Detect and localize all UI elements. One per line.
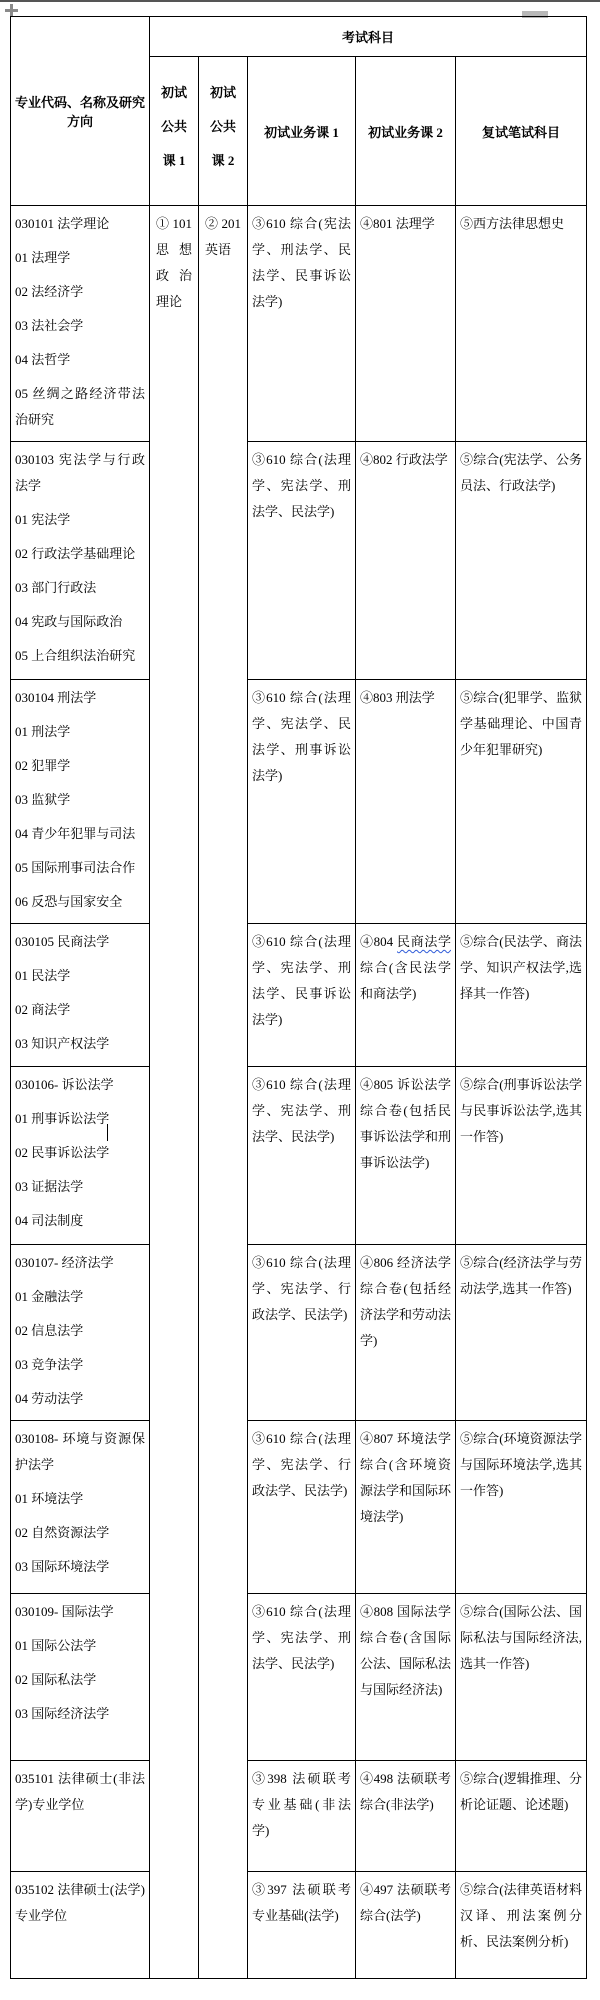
text-line: 02 法经济学 [15, 279, 145, 305]
text-line: 035102 法律硕士(法学)专业学位 [15, 1877, 145, 1929]
business-course-1-cell[interactable]: ③610 综合(法理学、宪法学、民法学、刑事诉讼法学) [248, 680, 356, 924]
cell-text: ⑤综合(逻辑推理、分析论证题、论述题) [460, 1766, 582, 1818]
business-course-2-cell[interactable]: ④808 国际法学综合卷(含国际公法、国际私法与国际经济法) [356, 1594, 456, 1761]
cell-text: ③398 法硕联考专业基础(非法学) [252, 1766, 351, 1844]
cell-text: ③610 综合(法理学、宪法学、刑法学、民事诉讼法学) [252, 929, 351, 1033]
cell-text: ⑤综合(经济法学与劳动法学,选其一作答) [460, 1250, 582, 1302]
retest-subjects-cell[interactable]: ⑤综合(经济法学与劳动法学,选其一作答) [456, 1245, 587, 1421]
business-course-2-cell[interactable]: ④803 刑法学 [356, 680, 456, 924]
text-line: 01 金融法学 [15, 1284, 145, 1310]
cell-text: ③610 综合(法理学、宪法学、刑法学、民法学) [252, 1599, 351, 1677]
text-line: 课 1 [152, 148, 196, 174]
business-course-1-cell[interactable]: ③610 综合(法理学、宪法学、刑法学、民法学) [248, 442, 356, 680]
cell-text: ④803 刑法学 [360, 685, 451, 711]
text-line: 03 国际经济法学 [15, 1701, 145, 1727]
header-retest-subjects: 复试笔试科目 [456, 57, 587, 206]
text-line: 公共 [201, 114, 245, 140]
text-line: 04 青少年犯罪与司法 [15, 821, 145, 847]
cell-text: ④805 诉讼法学综合卷(包括民事诉讼法学和刑事诉讼法学) [360, 1072, 451, 1176]
cell-text: ③610 综合(法理学、宪法学、行政法学、民法学) [252, 1426, 351, 1504]
row-030106: 030106- 诉讼法学01 刑事诉讼法学02 民事诉讼法学03 证据法学04 … [11, 1067, 587, 1245]
text-line: 01 宪法学 [15, 507, 145, 533]
cell-text: ③397 法硕联考专业基础(法学) [252, 1877, 351, 1929]
text-line: 05 上合组织法治研究 [15, 643, 145, 669]
header-exam-subjects: 考试科目 [150, 17, 587, 57]
major-directions-cell[interactable]: 035102 法律硕士(法学)专业学位 [11, 1872, 150, 1979]
retest-subjects-cell[interactable]: ⑤西方法律思想史 [456, 206, 587, 442]
cell-text: ④808 国际法学综合卷(含国际公法、国际私法与国际经济法) [360, 1599, 451, 1703]
business-course-2-cell[interactable]: ④806 经济法学综合卷(包括经济法学和劳动法学) [356, 1245, 456, 1421]
text-span: ④804 [360, 934, 397, 949]
cell-text: ④804 民商法学综合(含民法学和商法学) [360, 929, 451, 1007]
business-course-1-cell[interactable]: ③610 综合(法理学、宪法学、刑法学、民法学) [248, 1594, 356, 1761]
text-line: 01 国际公法学 [15, 1633, 145, 1659]
business-course-1-cell[interactable]: ③398 法硕联考专业基础(非法学) [248, 1761, 356, 1872]
cell-text: ④807 环境法学综合(含环境资源法学和国际环境法学) [360, 1426, 451, 1530]
business-course-1-cell[interactable]: ③610 综合(宪法学、刑法学、民法学、民事诉讼法学) [248, 206, 356, 442]
row-030101: 030101 法学理论01 法理学02 法经济学03 法社会学04 法哲学05 … [11, 206, 587, 442]
text-line: 01 环境法学 [15, 1486, 145, 1512]
cell-text: ④802 行政法学 [360, 447, 451, 473]
major-directions-cell[interactable]: 030109- 国际法学01 国际公法学02 国际私法学03 国际经济法学 [11, 1594, 150, 1761]
business-course-2-cell[interactable]: ④801 法理学 [356, 206, 456, 442]
header-business-course-1: 初试业务课 1 [248, 57, 356, 206]
text-line: 03 监狱学 [15, 787, 145, 813]
text-line: 02 民事诉讼法学 [15, 1140, 145, 1166]
text-line: 02 行政法学基础理论 [15, 541, 145, 567]
major-directions-cell[interactable]: 030108- 环境与资源保护法学01 环境法学02 自然资源法学03 国际环境… [11, 1421, 150, 1594]
text-line: 02 犯罪学 [15, 753, 145, 779]
retest-subjects-cell[interactable]: ⑤综合(国际公法、国际私法与国际经济法,选其一作答) [456, 1594, 587, 1761]
cell-text: ②201 英语 [205, 211, 241, 263]
retest-subjects-cell[interactable]: ⑤综合(民法学、商法学、知识产权法学,选择其一作答) [456, 924, 587, 1067]
spellcheck-underlined-text: 民商法学 [397, 934, 451, 949]
text-line: 030107- 经济法学 [15, 1250, 145, 1276]
business-course-1-cell[interactable]: ③610 综合(法理学、宪法学、刑法学、民事诉讼法学) [248, 924, 356, 1067]
text-line: 035101 法律硕士(非法学)专业学位 [15, 1766, 145, 1818]
cell-text: ⑤综合(民法学、商法学、知识产权法学,选择其一作答) [460, 929, 582, 1007]
header-major-col: 专业代码、名称及研究方向 [11, 17, 150, 206]
retest-subjects-cell[interactable]: ⑤综合(逻辑推理、分析论证题、论述题) [456, 1761, 587, 1872]
text-line: 03 竞争法学 [15, 1352, 145, 1378]
header-public-course-2: 初试公共课 2 [199, 57, 248, 206]
major-directions-cell[interactable]: 030101 法学理论01 法理学02 法经济学03 法社会学04 法哲学05 … [11, 206, 150, 442]
text-line: 05 丝绸之路经济带法治研究 [15, 381, 145, 433]
text-line: 02 国际私法学 [15, 1667, 145, 1693]
text-line: 030108- 环境与资源保护法学 [15, 1426, 145, 1478]
business-course-1-cell[interactable]: ③397 法硕联考专业基础(法学) [248, 1872, 356, 1979]
retest-subjects-cell[interactable]: ⑤综合(宪法学、公务员法、行政法学) [456, 442, 587, 680]
text-line: 030106- 诉讼法学 [15, 1072, 145, 1098]
major-directions-cell[interactable]: 030103 宪法学与行政法学01 宪法学02 行政法学基础理论03 部门行政法… [11, 442, 150, 680]
business-course-2-cell[interactable]: ④807 环境法学综合(含环境资源法学和国际环境法学) [356, 1421, 456, 1594]
cell-text: ④806 经济法学综合卷(包括经济法学和劳动法学) [360, 1250, 451, 1354]
text-line: 01 刑法学 [15, 719, 145, 745]
text-line: 030109- 国际法学 [15, 1599, 145, 1625]
text-line: 030104 刑法学 [15, 685, 145, 711]
major-directions-cell[interactable]: 030106- 诉讼法学01 刑事诉讼法学02 民事诉讼法学03 证据法学04 … [11, 1067, 150, 1245]
cell-text: ③610 综合(法理学、宪法学、刑法学、民法学) [252, 447, 351, 525]
text-line: 03 法社会学 [15, 313, 145, 339]
text-line: 01 刑事诉讼法学 [15, 1106, 145, 1132]
row-030104: 030104 刑法学01 刑法学02 犯罪学03 监狱学04 青少年犯罪与司法0… [11, 680, 587, 924]
text-line: 03 国际环境法学 [15, 1554, 145, 1580]
cell-text: ④497 法硕联考综合(法学) [360, 1877, 451, 1929]
cell-text: ③610 综合(法理学、宪法学、刑法学、民法学) [252, 1072, 351, 1150]
text-line: 06 反恐与国家安全 [15, 889, 145, 915]
text-span: 综合(含民法学和商法学) [360, 960, 451, 1001]
text-line: 03 部门行政法 [15, 575, 145, 601]
text-line: 03 知识产权法学 [15, 1031, 145, 1057]
cell-text: ⑤西方法律思想史 [460, 211, 582, 237]
text-line: 02 自然资源法学 [15, 1520, 145, 1546]
header-public-course-1: 初试公共课 1 [150, 57, 199, 206]
row-035102: 035102 法律硕士(法学)专业学位 ③397 法硕联考专业基础(法学) ④4… [11, 1872, 587, 1979]
text-line: 01 法理学 [15, 245, 145, 271]
major-directions-cell[interactable]: 030104 刑法学01 刑法学02 犯罪学03 监狱学04 青少年犯罪与司法0… [11, 680, 150, 924]
text-line: 02 商法学 [15, 997, 145, 1023]
major-directions-cell[interactable]: 030105 民商法学01 民法学02 商法学03 知识产权法学 [11, 924, 150, 1067]
row-030108: 030108- 环境与资源保护法学01 环境法学02 自然资源法学03 国际环境… [11, 1421, 587, 1594]
row-030109: 030109- 国际法学01 国际公法学02 国际私法学03 国际经济法学 ③6… [11, 1594, 587, 1761]
cell-text: ⑤综合(刑事诉讼法学与民事诉讼法学,选其一作答) [460, 1072, 582, 1150]
major-directions-cell[interactable]: 035101 法律硕士(非法学)专业学位 [11, 1761, 150, 1872]
text-line: 030103 宪法学与行政法学 [15, 447, 145, 499]
business-course-1-cell[interactable]: ③610 综合(法理学、宪法学、刑法学、民法学) [248, 1067, 356, 1245]
text-line: 030105 民商法学 [15, 929, 145, 955]
cell-text: ⑤综合(宪法学、公务员法、行政法学) [460, 447, 582, 499]
cell-text: ③610 综合(法理学、宪法学、民法学、刑事诉讼法学) [252, 685, 351, 789]
business-course-1-cell[interactable]: ③610 综合(法理学、宪法学、行政法学、民法学) [248, 1245, 356, 1421]
text-line: 初试 [152, 80, 196, 106]
text-line: 课 2 [201, 148, 245, 174]
text-line: 04 司法制度 [15, 1208, 145, 1234]
text-line: 02 信息法学 [15, 1318, 145, 1344]
header-row-top: 专业代码、名称及研究方向 考试科目 [11, 17, 587, 57]
cell-text: ④498 法硕联考综合(非法学) [360, 1766, 451, 1818]
text-cursor [107, 1124, 108, 1141]
business-course-2-cell[interactable]: ④802 行政法学 [356, 442, 456, 680]
business-course-2-cell[interactable]: ④498 法硕联考综合(非法学) [356, 1761, 456, 1872]
text-line: 04 劳动法学 [15, 1386, 145, 1412]
text-line: 初试 [201, 80, 245, 106]
cell-text: ③610 综合(法理学、宪法学、行政法学、民法学) [252, 1250, 351, 1328]
row-030105: 030105 民商法学01 民法学02 商法学03 知识产权法学 ③610 综合… [11, 924, 587, 1067]
text-line: 030101 法学理论 [15, 211, 145, 237]
text-line: 公共 [152, 114, 196, 140]
window-edge [0, 0, 600, 2]
text-line: 01 民法学 [15, 963, 145, 989]
cell-text: ①101 思想政治理论 [156, 211, 192, 315]
row-030107: 030107- 经济法学01 金融法学02 信息法学03 竞争法学04 劳动法学… [11, 1245, 587, 1421]
retest-subjects-cell[interactable]: ⑤综合(环境资源法学与国际环境法学,选其一作答) [456, 1421, 587, 1594]
business-course-2-cell[interactable]: ④497 法硕联考综合(法学) [356, 1872, 456, 1979]
text-line: 05 国际刑事司法合作 [15, 855, 145, 881]
text-line: 04 法哲学 [15, 347, 145, 373]
retest-subjects-cell[interactable]: ⑤综合(刑事诉讼法学与民事诉讼法学,选其一作答) [456, 1067, 587, 1245]
business-course-2-cell[interactable]: ④804 民商法学综合(含民法学和商法学) [356, 924, 456, 1067]
cell-text: ⑤综合(犯罪学、监狱学基础理论、中国青少年犯罪研究) [460, 685, 582, 763]
exam-subjects-table[interactable]: 专业代码、名称及研究方向 考试科目 初试公共课 1 初试公共课 2 初试业务课 … [10, 16, 587, 1979]
cell-text: ④801 法理学 [360, 211, 451, 237]
header-business-course-2: 初试业务课 2 [356, 57, 456, 206]
row-035101: 035101 法律硕士(非法学)专业学位 ③398 法硕联考专业基础(非法学) … [11, 1761, 587, 1872]
row-030103: 030103 宪法学与行政法学01 宪法学02 行政法学基础理论03 部门行政法… [11, 442, 587, 680]
retest-subjects-cell[interactable]: ⑤综合(法律英语材料汉译、刑法案例分析、民法案例分析) [456, 1872, 587, 1979]
cell-text: ⑤综合(法律英语材料汉译、刑法案例分析、民法案例分析) [460, 1877, 582, 1955]
cell-text: ⑤综合(环境资源法学与国际环境法学,选其一作答) [460, 1426, 582, 1504]
business-course-2-cell[interactable]: ④805 诉讼法学综合卷(包括民事诉讼法学和刑事诉讼法学) [356, 1067, 456, 1245]
public-course-1-cell[interactable]: ①101 思想政治理论 [150, 206, 199, 1979]
business-course-1-cell[interactable]: ③610 综合(法理学、宪法学、行政法学、民法学) [248, 1421, 356, 1594]
major-directions-cell[interactable]: 030107- 经济法学01 金融法学02 信息法学03 竞争法学04 劳动法学 [11, 1245, 150, 1421]
text-line: 04 宪政与国际政治 [15, 609, 145, 635]
cell-text: ⑤综合(国际公法、国际私法与国际经济法,选其一作答) [460, 1599, 582, 1677]
cell-text: ③610 综合(宪法学、刑法学、民法学、民事诉讼法学) [252, 211, 351, 315]
retest-subjects-cell[interactable]: ⑤综合(犯罪学、监狱学基础理论、中国青少年犯罪研究) [456, 680, 587, 924]
text-line: 03 证据法学 [15, 1174, 145, 1200]
public-course-2-cell[interactable]: ②201 英语 [199, 206, 248, 1979]
